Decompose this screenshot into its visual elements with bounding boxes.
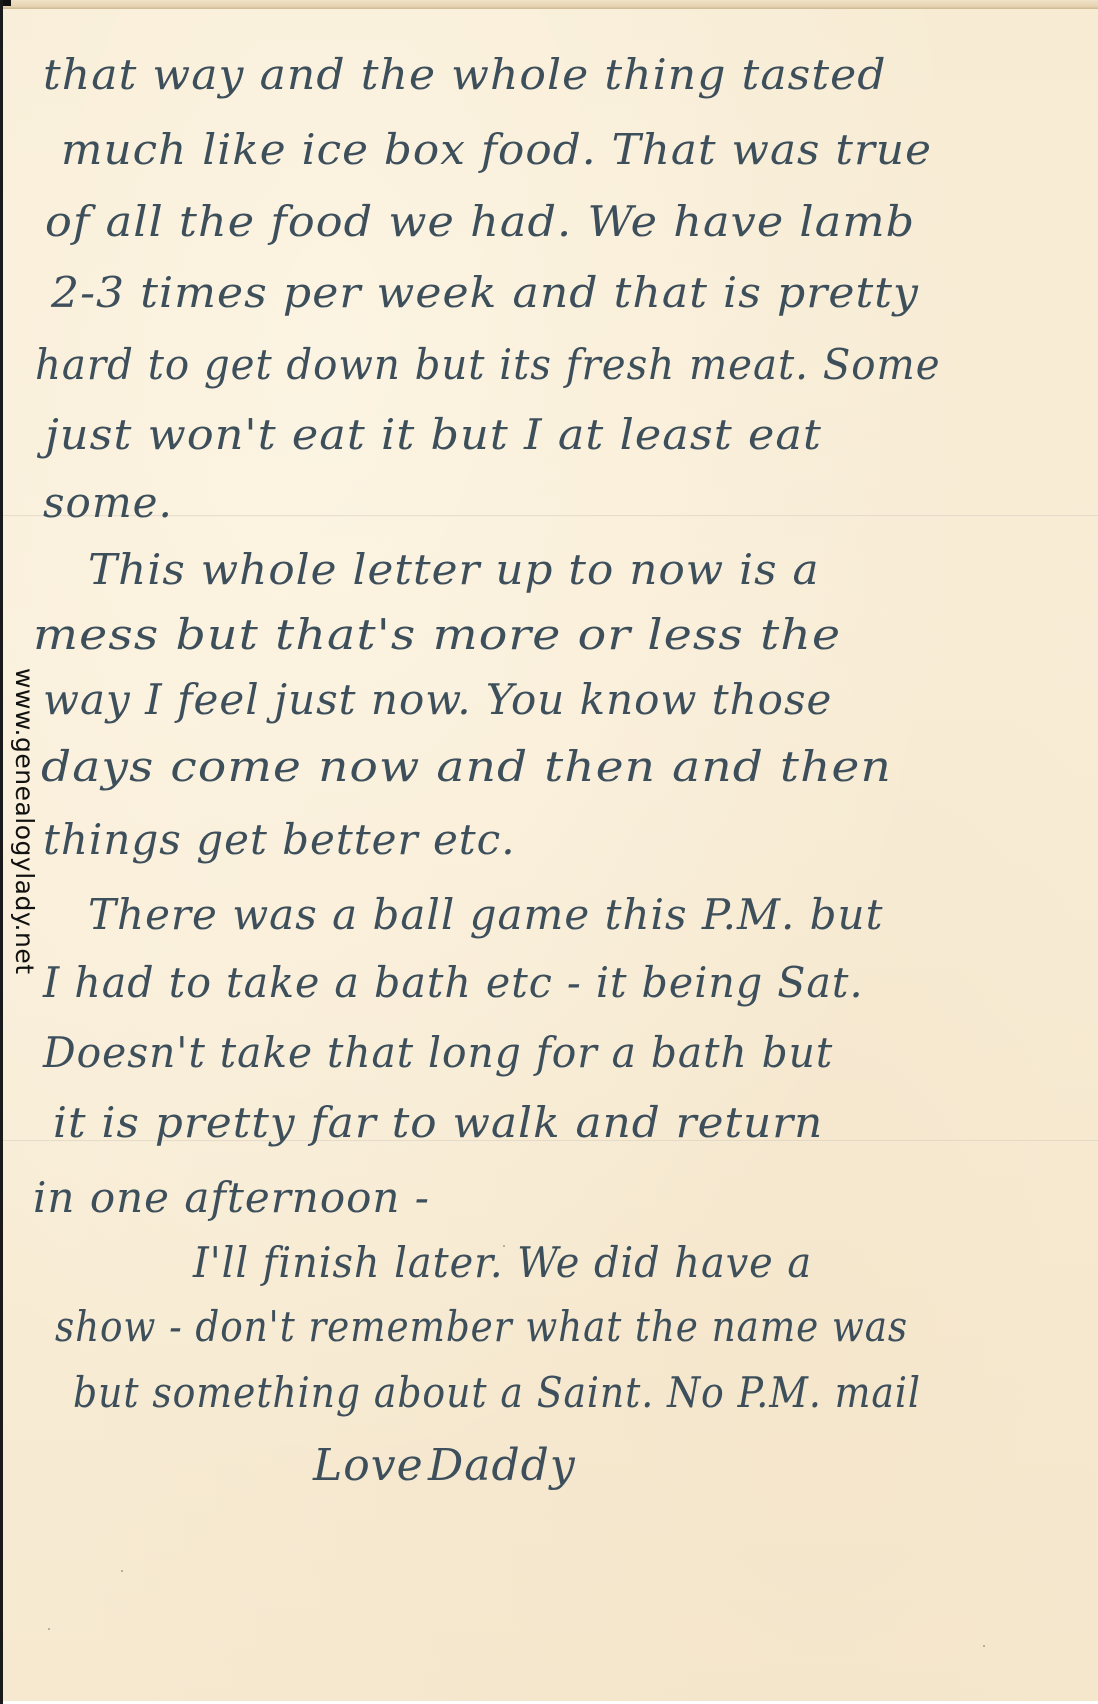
paper-speck [503,1245,505,1247]
letter-page: www.genealogylady.net that way and the w… [0,0,1098,1704]
letter-line-13: There was a ball game this P.M. but [88,890,883,939]
paper-speck [983,1645,985,1647]
letter-line-10: way I feel just now. You know those [43,675,832,724]
letter-line-2: much like ice box food. That was true [61,125,932,174]
paper-speck [48,1628,50,1630]
letter-line-17: in one afternoon - [33,1173,430,1222]
paper-top-edge [3,0,1098,9]
letter-line-11: days come now and then and then [41,742,892,791]
letter-line-9: mess but that's more or less the [33,610,841,659]
watermark-text: www.genealogylady.net [10,668,39,975]
letter-line-4: 2-3 times per week and that is pretty [51,268,919,317]
letter-line-14: I had to take a bath etc - it being Sat. [43,958,864,1007]
letter-line-7: some. [43,478,173,527]
letter-closing: Love [313,1440,424,1491]
letter-line-12: things get better etc. [43,815,516,864]
letter-line-5: hard to get down but its fresh meat. Som… [35,340,941,389]
letter-signature: Daddy [428,1440,576,1491]
letter-line-6: just won't eat it but I at least eat [45,410,822,459]
letter-line-19: show - don't remember what the name was [55,1302,908,1351]
letter-line-3: of all the food we had. We have lamb [45,197,915,246]
letter-line-8: This whole letter up to now is a [88,545,820,594]
letter-line-1: that way and the whole thing tasted [43,50,887,99]
watermark: www.genealogylady.net [11,668,41,1028]
paper-speck [121,1570,123,1572]
letter-line-20: but something about a Saint. No P.M. mai… [73,1368,921,1417]
letter-line-16: it is pretty far to walk and return [53,1098,823,1147]
scan-corner-mark [3,0,11,6]
letter-line-15: Doesn't take that long for a bath but [43,1028,833,1077]
